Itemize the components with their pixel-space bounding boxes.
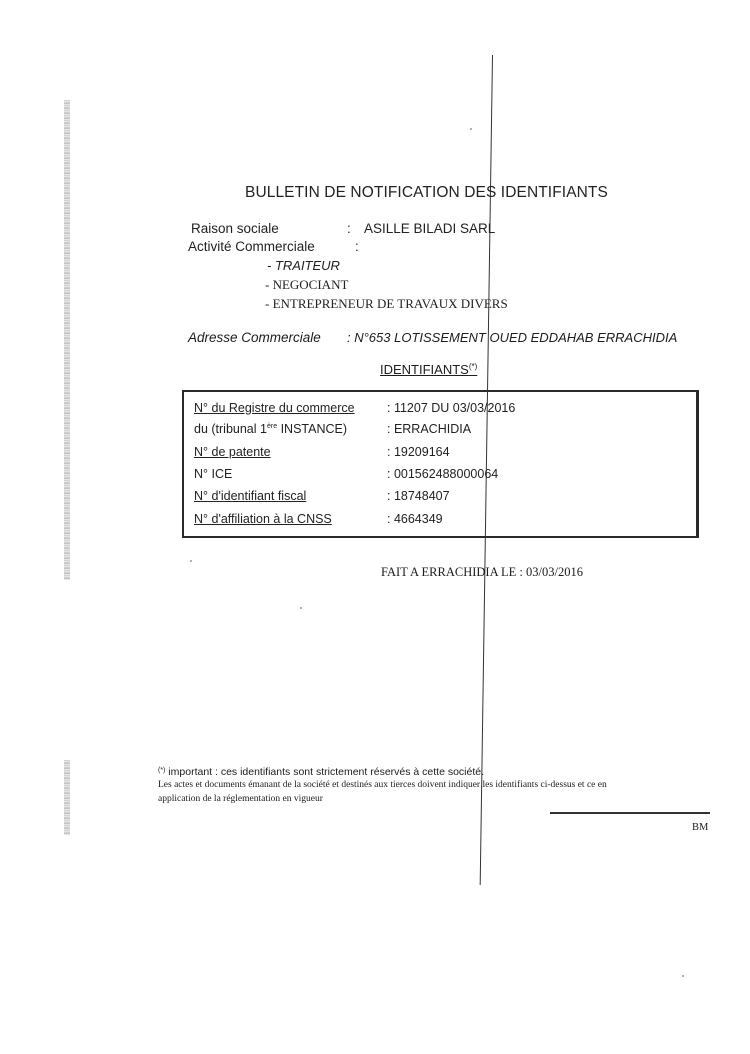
footnote-line1: important : ces identifiants sont strict… bbox=[165, 766, 484, 778]
activite-item-negociant: - NEGOCIANT bbox=[265, 277, 348, 293]
identifiant-label: du (tribunal 1ère INSTANCE) bbox=[194, 422, 387, 436]
activite-separator: : bbox=[355, 239, 359, 254]
raison-sociale-label: Raison sociale bbox=[191, 221, 279, 236]
footnote-line2: Les actes et documents émanant de la soc… bbox=[158, 780, 607, 790]
identifiant-value: : 19209164 bbox=[387, 445, 450, 459]
tribunal-label-pre: du (tribunal 1 bbox=[194, 422, 267, 436]
scan-margin-noise-bottom bbox=[64, 760, 70, 835]
identifiant-row-registre: N° du Registre du commerce : 11207 DU 03… bbox=[194, 398, 515, 418]
signature-line bbox=[550, 812, 710, 814]
adresse-label: Adresse Commerciale bbox=[188, 330, 321, 345]
footnote-line3: application de la réglementation en vigu… bbox=[158, 794, 323, 804]
document-title: BULLETIN DE NOTIFICATION DES IDENTIFIANT… bbox=[245, 184, 608, 202]
identifiant-row-tribunal: du (tribunal 1ère INSTANCE) : ERRACHIDIA bbox=[194, 419, 471, 439]
identifiant-label: N° d'affiliation à la CNSS bbox=[194, 512, 387, 526]
raison-sociale-separator: : bbox=[347, 221, 351, 236]
identifiant-value: : 001562488000064 bbox=[387, 467, 498, 481]
identifiant-label: N° du Registre du commerce bbox=[194, 401, 387, 415]
fait-a-date: FAIT A ERRACHIDIA LE : 03/03/2016 bbox=[381, 565, 583, 580]
raison-sociale-value: ASILLE BILADI SARL bbox=[364, 221, 495, 236]
scan-speck bbox=[300, 607, 302, 609]
scan-speck bbox=[190, 560, 192, 562]
identifiant-value: : 11207 DU 03/03/2016 bbox=[387, 401, 515, 415]
identifiant-value: : 4664349 bbox=[387, 512, 443, 526]
scan-speck bbox=[470, 128, 472, 130]
identifiant-row-cnss: N° d'affiliation à la CNSS : 4664349 bbox=[194, 509, 443, 529]
tribunal-label-post: INSTANCE) bbox=[277, 422, 347, 436]
footnote-important: (*) important : ces identifiants sont st… bbox=[158, 766, 484, 778]
scan-margin-noise-top bbox=[64, 100, 70, 580]
identifiants-heading: IDENTIFIANTS(*) bbox=[380, 362, 477, 377]
activite-item-traiteur: - TRAITEUR bbox=[267, 258, 340, 273]
identifiant-label: N° ICE bbox=[194, 467, 387, 481]
identifiant-row-patente: N° de patente : 19209164 bbox=[194, 442, 450, 462]
adresse-value: : N°653 LOTISSEMENT OUED EDDAHAB ERRACHI… bbox=[347, 330, 677, 345]
identifiant-row-ice: N° ICE : 001562488000064 bbox=[194, 464, 498, 484]
scan-speck bbox=[682, 975, 684, 977]
tribunal-label-sup: ère bbox=[267, 423, 277, 430]
identifiant-value: : 18748407 bbox=[387, 489, 450, 503]
identifiants-heading-text: IDENTIFIANTS bbox=[380, 362, 469, 377]
identifiant-row-fiscal: N° d'identifiant fiscal : 18748407 bbox=[194, 486, 450, 506]
activite-item-entrepreneur: - ENTREPRENEUR DE TRAVAUX DIVERS bbox=[265, 296, 508, 312]
identifiant-label: N° d'identifiant fiscal bbox=[194, 489, 387, 503]
identifiants-box: N° du Registre du commerce : 11207 DU 03… bbox=[182, 390, 699, 538]
activite-label: Activité Commerciale bbox=[188, 239, 315, 254]
initials: BM bbox=[692, 822, 708, 833]
identifiant-value: : ERRACHIDIA bbox=[387, 422, 471, 436]
identifiant-label: N° de patente bbox=[194, 445, 387, 459]
identifiants-footnote-marker: (*) bbox=[469, 362, 477, 371]
